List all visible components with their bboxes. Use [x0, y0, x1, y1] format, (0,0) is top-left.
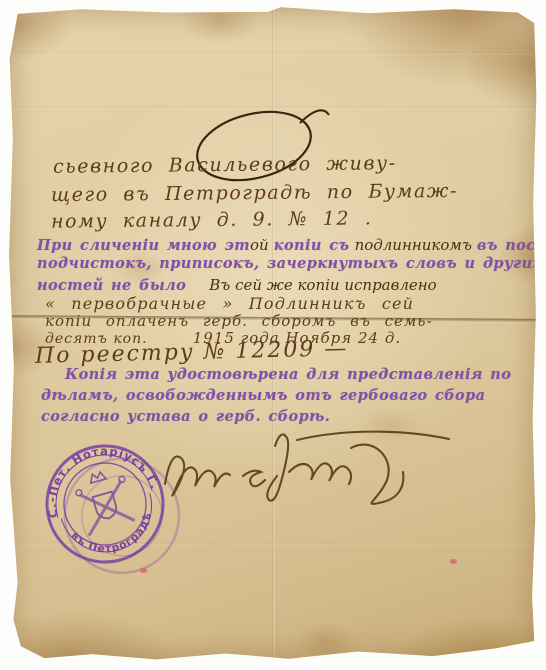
pink-mark — [140, 568, 147, 573]
stamped-line: согласно устава о герб. сборѣ. — [41, 408, 330, 425]
stamped-line: Копія эта удостовѣрена для представленія… — [65, 366, 511, 383]
scanned-notarial-document: { "handwriting": { "line1": "сьевного Ва… — [0, 0, 546, 670]
horizontal-fold-line — [7, 542, 539, 545]
handwritten-line: ному каналу д. 9. № 12 . — [51, 207, 373, 232]
handwritten-note: Въ сей же копіи исправлено — [209, 276, 436, 294]
document-paper: сьевного Васильевого живу- щего въ Петро… — [7, 6, 539, 662]
stamped-line: ностей не было Въ сей же копіи исправлен… — [37, 275, 437, 294]
handwritten-line: « первобрачные » Подлинникъ сей — [45, 294, 414, 313]
svg-text:С.-Пет. Нотаріусъ Г.: С.-Пет. Нотаріусъ Г. — [31, 430, 163, 521]
handwritten-insert: подлинникомъ — [355, 236, 472, 254]
seal-top-text: С.-Пет. Нотаріусъ Г. — [31, 430, 163, 521]
notary-seal-stamp: С.-Пет. Нотаріусъ Г. въ Петроградѣ — [25, 424, 185, 584]
stamped-line: При сличеніи мною этой копіи съ подлинни… — [37, 235, 546, 254]
horizontal-fold-line — [7, 52, 539, 55]
svg-text:въ Петроградѣ: въ Петроградѣ — [67, 508, 162, 565]
seal-bottom-text: въ Петроградѣ — [67, 508, 162, 565]
stamped-line: подчистокъ, приписокъ, зачеркнутыхъ слов… — [37, 255, 546, 272]
stamped-text: копіи съ — [274, 237, 350, 254]
handwritten-correction: ой — [250, 236, 269, 254]
stamped-line: дѣламъ, освобожденнымъ отъ гербоваго сбо… — [41, 387, 485, 404]
horizontal-fold-line — [7, 106, 539, 109]
stamped-text: ностей не было — [37, 277, 186, 294]
pink-mark — [450, 559, 457, 564]
stamped-text: въ послѣдн — [477, 237, 546, 254]
handwritten-line: сьевного Васильевого живу- — [53, 152, 397, 178]
handwritten-line: щего въ Петроградѣ по Бумаж- — [51, 180, 458, 206]
stamped-text: При сличеніи мною эт — [37, 237, 250, 254]
